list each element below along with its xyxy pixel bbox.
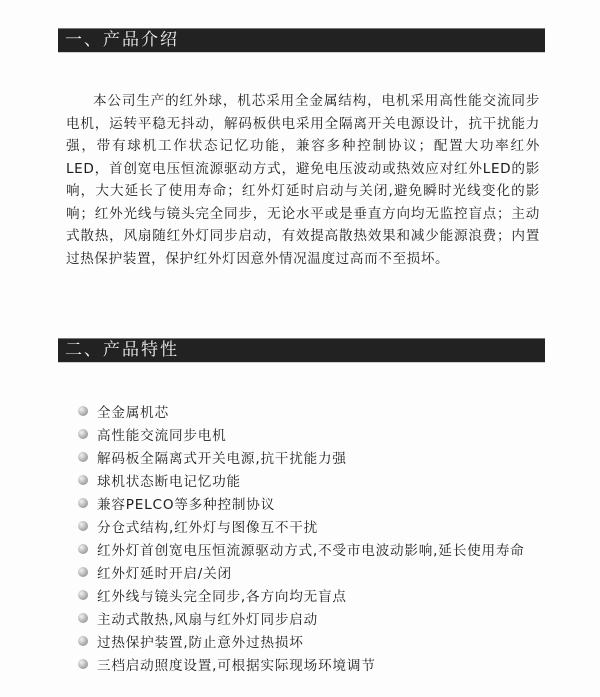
feature-item: 过热保护装置,防止意外过热损坏 <box>78 629 525 652</box>
feature-item: 球机状态断电记忆功能 <box>78 468 525 491</box>
feature-text: 解码板全隔离式开关电源,抗干扰能力强 <box>97 447 347 467</box>
bullet-icon <box>78 659 88 669</box>
feature-text: 高性能交流同步电机 <box>97 424 227 444</box>
bullet-icon <box>78 406 88 416</box>
section-title: 二、产品特性 <box>65 340 179 360</box>
feature-text: 红外灯延时开启/关闭 <box>97 562 232 582</box>
feature-text: 全金属机芯 <box>97 401 169 421</box>
feature-item: 红外灯首创宽电压恒流源驱动方式,不受市电波动影响,延长使用寿命 <box>78 537 525 560</box>
bullet-icon <box>78 498 88 508</box>
feature-item: 分仓式结构,红外灯与图像互不干扰 <box>78 514 525 537</box>
feature-text: 红外线与镜头完全同步,各方向均无盲点 <box>97 585 347 605</box>
feature-item: 全金属机芯 <box>78 399 525 422</box>
bullet-icon <box>78 636 88 646</box>
feature-item: 红外灯延时开启/关闭 <box>78 560 525 583</box>
feature-text: 球机状态断电记忆功能 <box>97 470 241 490</box>
bullet-icon <box>78 613 88 623</box>
feature-item: 三档启动照度设置,可根据实际现场环境调节 <box>78 652 525 675</box>
feature-text: 分仓式结构,红外灯与图像互不干扰 <box>97 516 318 536</box>
feature-text: 兼容PELCO等多种控制协议 <box>97 493 275 513</box>
feature-text: 红外灯首创宽电压恒流源驱动方式,不受市电波动影响,延长使用寿命 <box>97 539 525 559</box>
feature-item: 红外线与镜头完全同步,各方向均无盲点 <box>78 583 525 606</box>
feature-text: 主动式散热,风扇与红外灯同步启动 <box>97 608 318 628</box>
bullet-icon <box>78 567 88 577</box>
feature-item: 主动式散热,风扇与红外灯同步启动 <box>78 606 525 629</box>
section-header-product-intro: 一、产品介绍 <box>58 28 545 53</box>
bullet-icon <box>78 521 88 531</box>
section-header-product-features: 二、产品特性 <box>58 338 545 363</box>
bullet-icon <box>78 590 88 600</box>
bullet-icon <box>78 475 88 485</box>
feature-list: 全金属机芯 高性能交流同步电机 解码板全隔离式开关电源,抗干扰能力强 球机状态断… <box>78 399 525 675</box>
feature-item: 解码板全隔离式开关电源,抗干扰能力强 <box>78 445 525 468</box>
feature-text: 过热保护装置,防止意外过热损坏 <box>97 631 304 651</box>
bullet-icon <box>78 452 88 462</box>
section-title: 一、产品介绍 <box>65 30 179 50</box>
product-intro-paragraph: 本公司生产的红外球，机芯采用全金属结构，电机采用高性能交流同步电机，运转平稳无抖… <box>66 90 540 270</box>
feature-item: 兼容PELCO等多种控制协议 <box>78 491 525 514</box>
feature-text: 三档启动照度设置,可根据实际现场环境调节 <box>97 654 376 674</box>
feature-item: 高性能交流同步电机 <box>78 422 525 445</box>
bullet-icon <box>78 429 88 439</box>
bullet-icon <box>78 544 88 554</box>
